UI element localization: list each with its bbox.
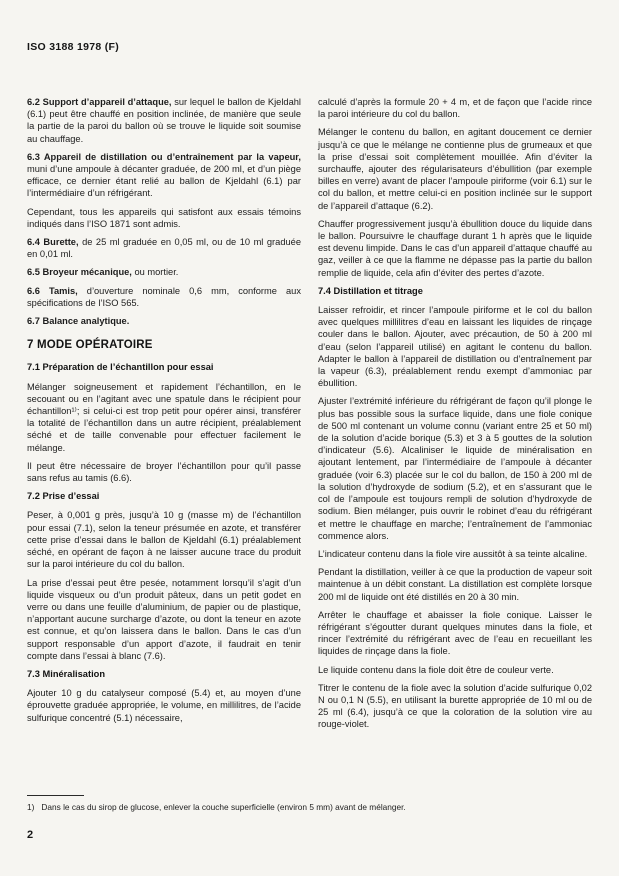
paragraph: La prise d’essai peut être pesée, notamm… bbox=[27, 577, 301, 662]
two-column-content: 6.2 Support d’appareil d’attaque, sur le… bbox=[27, 96, 592, 737]
paragraph: 6.5 Broyeur mécanique, ou mortier. bbox=[27, 266, 301, 278]
paragraph: 6.4 Burette, de 25 ml graduée en 0,05 ml… bbox=[27, 236, 301, 260]
paragraph: Titrer le contenu de la fiole avec la so… bbox=[318, 682, 592, 731]
paragraph: Ajouter 10 g du catalyseur composé (5.4)… bbox=[27, 687, 301, 724]
heading-lead: 6.7 Balance analytique. bbox=[27, 316, 129, 326]
paragraph: Chauffer progressivement jusqu’à ébullit… bbox=[318, 218, 592, 279]
paragraph-text: La prise d’essai peut être pesée, notamm… bbox=[27, 578, 301, 661]
heading-lead: 6.3 Appareil de distillation ou d’entraî… bbox=[27, 152, 301, 162]
paragraph: Mélanger le contenu du ballon, en agitan… bbox=[318, 126, 592, 211]
paragraph-text: Pendant la distillation, veiller à ce qu… bbox=[318, 567, 592, 601]
paragraph: L’indicateur contenu dans la fiole vire … bbox=[318, 548, 592, 560]
heading-lead: 7.1 Préparation de l’échantillon pour es… bbox=[27, 362, 214, 372]
paragraph: 6.3 Appareil de distillation ou d’entraî… bbox=[27, 151, 301, 200]
paragraph-text: Peser, à 0,001 g près, jusqu’à 10 g (mas… bbox=[27, 510, 301, 569]
paragraph-text: Ajouter 10 g du catalyseur composé (5.4)… bbox=[27, 688, 301, 722]
paragraph-text: ou mortier. bbox=[132, 267, 179, 277]
paragraph: Cependant, tous les appareils qui satisf… bbox=[27, 206, 301, 230]
heading-lead: 6.5 Broyeur mécanique, bbox=[27, 267, 132, 277]
footnote-text: Dans le cas du sirop de glucose, enlever… bbox=[41, 802, 405, 812]
paragraph-text: Laisser refroidir, et rincer l’ampoule p… bbox=[318, 305, 592, 388]
paragraph: Il peut être nécessaire de broyer l’écha… bbox=[27, 460, 301, 484]
footnote-marker: 1) bbox=[27, 802, 34, 812]
paragraph: Arrêter le chauffage et abaisser la fiol… bbox=[318, 609, 592, 658]
paragraph-text: Titrer le contenu de la fiole avec la so… bbox=[318, 683, 592, 730]
paragraph-text: Cependant, tous les appareils qui satisf… bbox=[27, 207, 301, 229]
section-heading: 7 MODE OPÉRATOIRE bbox=[27, 339, 301, 351]
heading-lead: 7 MODE OPÉRATOIRE bbox=[27, 339, 153, 351]
heading-lead: 6.4 Burette, bbox=[27, 237, 79, 247]
paragraph: Peser, à 0,001 g près, jusqu’à 10 g (mas… bbox=[27, 509, 301, 570]
paragraph-text: Mélanger soigneusement et rapidement l’é… bbox=[27, 382, 301, 453]
paragraph-text: muni d’une ampoule à décanter graduée, d… bbox=[27, 164, 301, 198]
paragraph-text: Mélanger le contenu du ballon, en agitan… bbox=[318, 127, 592, 210]
paragraph-text: Chauffer progressivement jusqu’à ébullit… bbox=[318, 219, 592, 278]
document-reference: ISO 3188 1978 (F) bbox=[27, 41, 119, 53]
heading-lead: 6.2 Support d’appareil d’attaque, bbox=[27, 97, 172, 107]
page-number: 2 bbox=[27, 829, 33, 841]
paragraph-text: Il peut être nécessaire de broyer l’écha… bbox=[27, 461, 301, 483]
paragraph-text: Le liquide contenu dans la fiole doit êt… bbox=[318, 665, 554, 675]
paragraph-text: L’indicateur contenu dans la fiole vire … bbox=[318, 549, 587, 559]
right-column: calculé d’après la formule 20 + 4 m, et … bbox=[318, 96, 592, 737]
paragraph: Ajuster l’extrémité inférieure du réfrig… bbox=[318, 395, 592, 541]
footnote-divider bbox=[27, 795, 84, 796]
paragraph-text: Arrêter le chauffage et abaisser la fiol… bbox=[318, 610, 592, 657]
section-heading: 7.1 Préparation de l’échantillon pour es… bbox=[27, 361, 301, 373]
paragraph-text: Ajuster l’extrémité inférieure du réfrig… bbox=[318, 396, 592, 540]
left-column: 6.2 Support d’appareil d’attaque, sur le… bbox=[27, 96, 301, 737]
heading-lead: 6.6 Tamis, bbox=[27, 286, 78, 296]
heading-lead: 7.4 Distillation et titrage bbox=[318, 286, 423, 296]
section-heading: 7.3 Minéralisation bbox=[27, 668, 301, 680]
paragraph: 6.2 Support d’appareil d’attaque, sur le… bbox=[27, 96, 301, 145]
paragraph: Pendant la distillation, veiller à ce qu… bbox=[318, 566, 592, 603]
heading-lead: 7.2 Prise d’essai bbox=[27, 491, 99, 501]
paragraph: 6.6 Tamis, d’ouverture nominale 0,6 mm, … bbox=[27, 285, 301, 309]
paragraph: calculé d’après la formule 20 + 4 m, et … bbox=[318, 96, 592, 120]
heading-lead: 7.3 Minéralisation bbox=[27, 669, 105, 679]
paragraph-text: calculé d’après la formule 20 + 4 m, et … bbox=[318, 97, 592, 119]
paragraph: Mélanger soigneusement et rapidement l’é… bbox=[27, 381, 301, 454]
section-heading: 7.4 Distillation et titrage bbox=[318, 285, 592, 297]
paragraph: Le liquide contenu dans la fiole doit êt… bbox=[318, 664, 592, 676]
document-page: ISO 3188 1978 (F) 6.2 Support d’appareil… bbox=[0, 0, 619, 876]
section-heading: 7.2 Prise d’essai bbox=[27, 490, 301, 502]
paragraph: 6.7 Balance analytique. bbox=[27, 315, 301, 327]
footnote: 1)Dans le cas du sirop de glucose, enlev… bbox=[27, 795, 592, 813]
paragraph: Laisser refroidir, et rincer l’ampoule p… bbox=[318, 304, 592, 389]
